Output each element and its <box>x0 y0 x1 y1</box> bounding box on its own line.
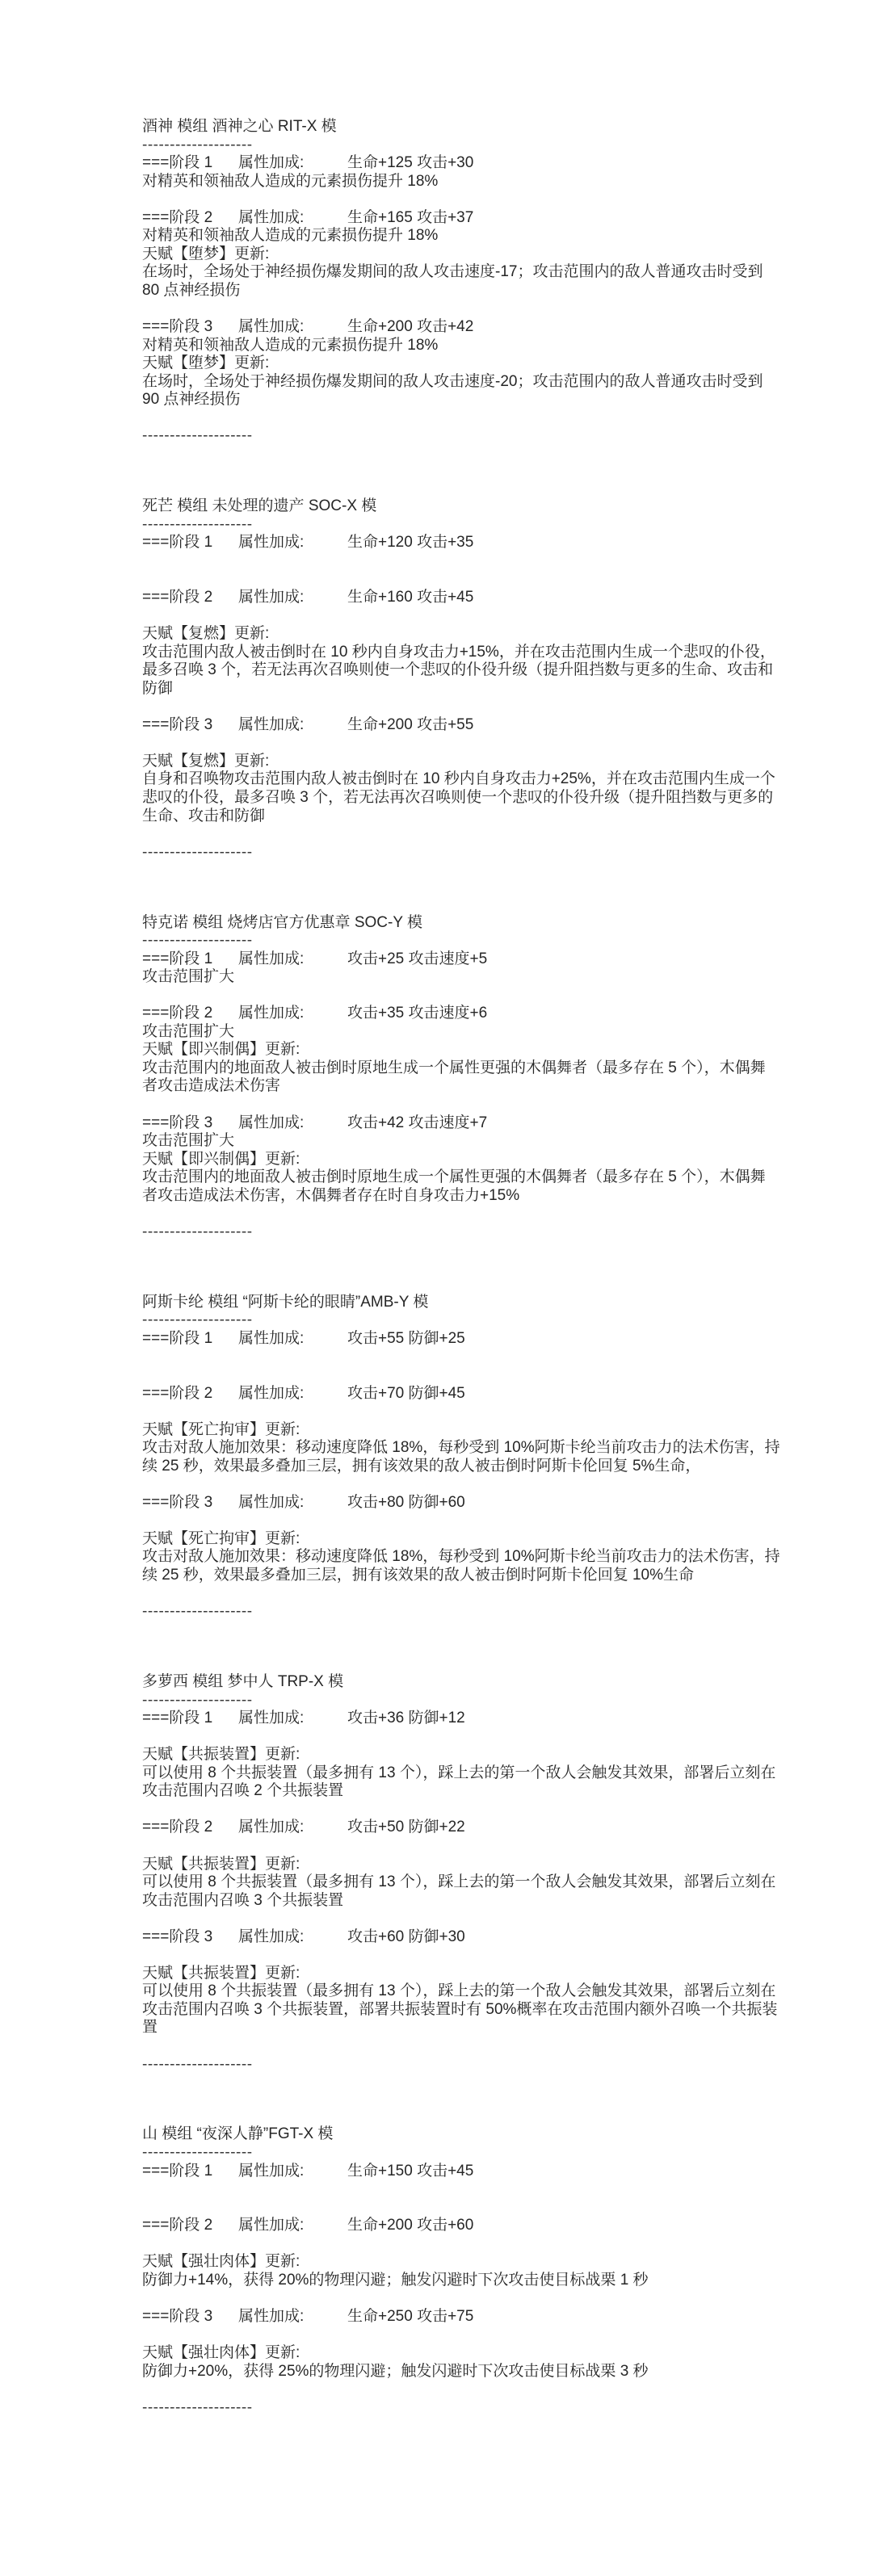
attr-bonus-label: 属性加成: <box>238 209 347 228</box>
blank-line <box>142 2326 780 2344</box>
blank-line <box>142 1585 780 1604</box>
attr-bonus-label: 属性加成: <box>238 1005 347 1023</box>
stage-label: ===阶段 2 <box>142 2217 238 2235</box>
attr-bonus-values: 攻击+42 攻击速度+7 <box>347 1114 487 1131</box>
talent-heading: 天赋【共振装置】更新: <box>142 1856 780 1874</box>
stage-label: ===阶段 3 <box>142 716 238 735</box>
attr-bonus-label: 属性加成: <box>238 950 347 969</box>
blank-line <box>142 1348 780 1366</box>
talent-heading: 天赋【复燃】更新: <box>142 625 780 644</box>
stage-label: ===阶段 1 <box>142 2163 238 2181</box>
separator-line: -------------------- <box>142 844 780 862</box>
stage-row: ===阶段 3属性加成:攻击+80 防御+60 <box>142 1494 780 1512</box>
text-line: 在场时，全场处于神经损伤爆发期间的敌人攻击速度-17；攻击范围内的敌人普通攻击时… <box>142 263 780 282</box>
attr-bonus-label: 属性加成: <box>238 1114 347 1133</box>
blank-line <box>142 2199 780 2217</box>
talent-heading: 天赋【堕梦】更新: <box>142 245 780 264</box>
talent-heading: 天赋【复燃】更新: <box>142 753 780 771</box>
separator-line: -------------------- <box>142 1223 780 1242</box>
text-line: 攻击范围内召唤 2 个共振装置 <box>142 1782 780 1801</box>
attr-bonus-label: 属性加成: <box>238 716 347 735</box>
text-line: 攻击范围内敌人被击倒时在 10 秒内自身攻击力+15%，并在攻击范围内生成一个悲… <box>142 644 780 662</box>
attr-bonus-label: 属性加成: <box>238 1330 347 1349</box>
stage-row: ===阶段 3属性加成:生命+200 攻击+55 <box>142 716 780 735</box>
text-line: 续 25 秒，效果最多叠加三层，拥有该效果的敌人被击倒时阿斯卡伦回复 5%生命， <box>142 1458 780 1476</box>
stage-row: ===阶段 3属性加成:生命+200 攻击+42 <box>142 318 780 337</box>
separator-line: -------------------- <box>142 2399 780 2418</box>
text-line: 悲叹的仆役，最多召唤 3 个，若无法再次召唤则使一个悲叹的仆役升级（提升阻挡数与… <box>142 789 780 808</box>
blank-line <box>142 1801 780 1819</box>
text-line: 生命、攻击和防御 <box>142 808 780 826</box>
blank-line <box>142 1512 780 1530</box>
stage-label: ===阶段 3 <box>142 1928 238 1947</box>
blank-line <box>142 1403 780 1421</box>
attr-bonus-values: 生命+165 攻击+37 <box>347 209 473 226</box>
blank-line <box>142 987 780 1005</box>
module-title: 阿斯卡纶 模组 “阿斯卡纶的眼睛”AMB-Y 模 <box>142 1294 780 1312</box>
attr-bonus-values: 生命+125 攻击+30 <box>347 154 473 171</box>
text-line: 自身和召唤物攻击范围内敌人被击倒时在 10 秒内自身攻击力+25%，并在攻击范围… <box>142 770 780 789</box>
attr-bonus-values: 攻击+50 防御+22 <box>347 1819 465 1836</box>
talent-heading: 天赋【堕梦】更新: <box>142 355 780 373</box>
stage-label: ===阶段 1 <box>142 1710 238 1728</box>
blank-line <box>142 1946 780 1965</box>
blank-line <box>142 1475 780 1494</box>
stage-row: ===阶段 1属性加成:攻击+25 攻击速度+5 <box>142 950 780 969</box>
separator-line: -------------------- <box>142 1311 780 1330</box>
stage-label: ===阶段 3 <box>142 318 238 337</box>
separator-line: -------------------- <box>142 2144 780 2163</box>
stage-row: ===阶段 2属性加成:攻击+50 防御+22 <box>142 1819 780 1837</box>
blank-line <box>142 409 780 428</box>
text-line: 可以使用 8 个共振装置（最多拥有 13 个），踩上去的第一个敌人会触发其效果，… <box>142 1764 780 1783</box>
stage-row: ===阶段 1属性加成:攻击+36 防御+12 <box>142 1710 780 1728</box>
attr-bonus-label: 属性加成: <box>238 1710 347 1728</box>
module-title: 山 模组 “夜深人静”FGT-X 模 <box>142 2125 780 2144</box>
text-line: 攻击范围扩大 <box>142 1023 780 1042</box>
attr-bonus-label: 属性加成: <box>238 2308 347 2326</box>
text-line: 者攻击造成法术伤害 <box>142 1077 780 1096</box>
stage-row: ===阶段 2属性加成:攻击+35 攻击速度+6 <box>142 1005 780 1023</box>
text-line: 置 <box>142 2019 780 2037</box>
talent-heading: 天赋【即兴制偶】更新: <box>142 1041 780 1059</box>
attr-bonus-label: 属性加成: <box>238 1385 347 1403</box>
text-line: 防御力+20%，获得 25%的物理闪避；触发闪避时下次攻击使目标战栗 3 秒 <box>142 2363 780 2381</box>
attr-bonus-values: 攻击+36 防御+12 <box>347 1710 465 1726</box>
stage-label: ===阶段 2 <box>142 589 238 607</box>
blank-line <box>142 552 780 571</box>
attr-bonus-values: 生命+200 攻击+60 <box>347 2217 473 2234</box>
text-line: 攻击范围内的地面敌人被击倒时原地生成一个属性更强的木偶舞者（最多存在 5 个），… <box>142 1168 780 1187</box>
blank-line <box>142 2235 780 2254</box>
text-line: 者攻击造成法术伤害，木偶舞者存在时自身攻击力+15% <box>142 1187 780 1206</box>
talent-heading: 天赋【死亡拘审】更新: <box>142 1530 780 1549</box>
stage-label: ===阶段 3 <box>142 1494 238 1512</box>
module-title: 酒神 模组 酒神之心 RIT-X 模 <box>142 118 780 136</box>
stage-label: ===阶段 2 <box>142 1005 238 1023</box>
stage-row: ===阶段 3属性加成:生命+250 攻击+75 <box>142 2308 780 2326</box>
text-line: 防御 <box>142 680 780 699</box>
text-line: 可以使用 8 个共振装置（最多拥有 13 个），踩上去的第一个敌人会触发其效果，… <box>142 1873 780 1892</box>
stage-label: ===阶段 3 <box>142 2308 238 2326</box>
blank-line <box>142 2180 780 2199</box>
separator-line: -------------------- <box>142 932 780 950</box>
stage-label: ===阶段 1 <box>142 950 238 969</box>
stage-row: ===阶段 2属性加成:生命+160 攻击+45 <box>142 589 780 607</box>
talent-heading: 天赋【强壮肉体】更新: <box>142 2253 780 2272</box>
separator-line: -------------------- <box>142 1692 780 1710</box>
text-line: 防御力+14%，获得 20%的物理闪避；触发闪避时下次攻击使目标战栗 1 秒 <box>142 2272 780 2290</box>
blank-line <box>142 607 780 626</box>
text-line: 90 点神经损伤 <box>142 391 780 409</box>
text-line: 攻击范围内的地面敌人被击倒时原地生成一个属性更强的木偶舞者（最多存在 5 个），… <box>142 1059 780 1078</box>
talent-heading: 天赋【强壮肉体】更新: <box>142 2344 780 2363</box>
stage-row: ===阶段 1属性加成:生命+125 攻击+30 <box>142 154 780 173</box>
attr-bonus-label: 属性加成: <box>238 318 347 337</box>
attr-bonus-values: 攻击+60 防御+30 <box>347 1928 465 1945</box>
text-line: 攻击范围内召唤 3 个共振装置，部署共振装置时有 50%概率在攻击范围内额外召唤… <box>142 2001 780 2020</box>
stage-label: ===阶段 2 <box>142 1385 238 1403</box>
separator-line: -------------------- <box>142 136 780 155</box>
attr-bonus-values: 攻击+80 防御+60 <box>347 1494 465 1511</box>
stage-row: ===阶段 1属性加成:生命+120 攻击+35 <box>142 534 780 552</box>
attr-bonus-values: 攻击+35 攻击速度+6 <box>347 1005 487 1022</box>
stage-row: ===阶段 2属性加成:攻击+70 防御+45 <box>142 1385 780 1403</box>
blank-line <box>142 1910 780 1928</box>
blank-line <box>142 1205 780 1223</box>
stage-label: ===阶段 2 <box>142 209 238 228</box>
module-section-shan: 山 模组 “夜深人静”FGT-X 模--------------------==… <box>142 2125 780 2417</box>
attr-bonus-values: 生命+120 攻击+35 <box>347 534 473 551</box>
text-line: 攻击范围内召唤 3 个共振装置 <box>142 1892 780 1911</box>
stage-row: ===阶段 2属性加成:生命+165 攻击+37 <box>142 209 780 228</box>
stage-row: ===阶段 1属性加成:攻击+55 防御+25 <box>142 1330 780 1349</box>
attr-bonus-label: 属性加成: <box>238 534 347 552</box>
attr-bonus-label: 属性加成: <box>238 154 347 173</box>
attr-bonus-values: 生命+250 攻击+75 <box>347 2308 473 2325</box>
attr-bonus-values: 生命+200 攻击+42 <box>347 318 473 335</box>
talent-heading: 天赋【共振装置】更新: <box>142 1965 780 1983</box>
stage-row: ===阶段 2属性加成:生命+200 攻击+60 <box>142 2217 780 2235</box>
attr-bonus-label: 属性加成: <box>238 1494 347 1512</box>
attr-bonus-values: 生命+150 攻击+45 <box>347 2163 473 2180</box>
blank-line <box>142 2381 780 2399</box>
module-section-simang: 死芒 模组 未处理的遗产 SOC-X 模--------------------… <box>142 497 780 862</box>
module-section-jiushen: 酒神 模组 酒神之心 RIT-X 模--------------------==… <box>142 118 780 446</box>
blank-line <box>142 1366 780 1385</box>
blank-line <box>142 1728 780 1747</box>
text-line: 在场时，全场处于神经损伤爆发期间的敌人攻击速度-20；攻击范围内的敌人普通攻击时… <box>142 373 780 392</box>
stage-label: ===阶段 1 <box>142 1330 238 1349</box>
text-line: 攻击范围扩大 <box>142 1132 780 1151</box>
attr-bonus-label: 属性加成: <box>238 2217 347 2235</box>
attr-bonus-label: 属性加成: <box>238 1928 347 1947</box>
module-section-asikalun: 阿斯卡纶 模组 “阿斯卡纶的眼睛”AMB-Y 模----------------… <box>142 1294 780 1622</box>
stage-row: ===阶段 3属性加成:攻击+42 攻击速度+7 <box>142 1114 780 1133</box>
text-line: 最多召唤 3 个，若无法再次召唤则使一个悲叹的仆役升级（提升阻挡数与更多的生命、… <box>142 661 780 680</box>
text-line: 对精英和领袖敌人造成的元素损伤提升 18% <box>142 173 780 191</box>
text-line: 对精英和领袖敌人造成的元素损伤提升 18% <box>142 227 780 245</box>
module-title: 特克诺 模组 烧烤店官方优惠章 SOC-Y 模 <box>142 914 780 933</box>
separator-line: -------------------- <box>142 427 780 446</box>
blank-line <box>142 191 780 209</box>
blank-line <box>142 1096 780 1114</box>
attr-bonus-values: 生命+200 攻击+55 <box>347 716 473 733</box>
blank-line <box>142 2289 780 2308</box>
module-title: 死芒 模组 未处理的遗产 SOC-X 模 <box>142 497 780 516</box>
attr-bonus-values: 攻击+55 防御+25 <box>347 1330 465 1347</box>
attr-bonus-values: 攻击+25 攻击速度+5 <box>347 950 487 967</box>
separator-line: -------------------- <box>142 1603 780 1622</box>
stage-label: ===阶段 1 <box>142 534 238 552</box>
blank-line <box>142 698 780 716</box>
talent-heading: 天赋【共振装置】更新: <box>142 1746 780 1764</box>
text-line: 对精英和领袖敌人造成的元素损伤提升 18% <box>142 337 780 355</box>
blank-line <box>142 300 780 318</box>
text-line: 80 点神经损伤 <box>142 282 780 300</box>
module-section-tekenuo: 特克诺 模组 烧烤店官方优惠章 SOC-Y 模-----------------… <box>142 914 780 1242</box>
text-line: 攻击范围扩大 <box>142 968 780 987</box>
attr-bonus-values: 攻击+70 防御+45 <box>347 1385 465 1402</box>
blank-line <box>142 2037 780 2056</box>
module-notes-document: 酒神 模组 酒神之心 RIT-X 模--------------------==… <box>142 118 780 2417</box>
module-section-duoluoxi: 多萝西 模组 梦中人 TRP-X 模--------------------==… <box>142 1673 780 2074</box>
text-line: 可以使用 8 个共振装置（最多拥有 13 个），踩上去的第一个敌人会触发其效果，… <box>142 1982 780 2001</box>
attr-bonus-label: 属性加成: <box>238 1819 347 1837</box>
separator-line: -------------------- <box>142 2056 780 2075</box>
attr-bonus-values: 生命+160 攻击+45 <box>347 589 473 606</box>
separator-line: -------------------- <box>142 516 780 535</box>
blank-line <box>142 734 780 753</box>
blank-line <box>142 825 780 844</box>
talent-heading: 天赋【即兴制偶】更新: <box>142 1151 780 1169</box>
module-title: 多萝西 模组 梦中人 TRP-X 模 <box>142 1673 780 1692</box>
text-line: 攻击对敌人施加效果：移动速度降低 18%，每秒受到 10%阿斯卡纶当前攻击力的法… <box>142 1439 780 1458</box>
attr-bonus-label: 属性加成: <box>238 2163 347 2181</box>
stage-row: ===阶段 3属性加成:攻击+60 防御+30 <box>142 1928 780 1947</box>
stage-row: ===阶段 1属性加成:生命+150 攻击+45 <box>142 2163 780 2181</box>
blank-line <box>142 1837 780 1856</box>
text-line: 攻击对敌人施加效果：移动速度降低 18%，每秒受到 10%阿斯卡纶当前攻击力的法… <box>142 1548 780 1567</box>
text-line: 续 25 秒，效果最多叠加三层，拥有该效果的敌人被击倒时阿斯卡伦回复 10%生命 <box>142 1567 780 1585</box>
stage-label: ===阶段 2 <box>142 1819 238 1837</box>
attr-bonus-label: 属性加成: <box>238 589 347 607</box>
talent-heading: 天赋【死亡拘审】更新: <box>142 1421 780 1440</box>
stage-label: ===阶段 3 <box>142 1114 238 1133</box>
blank-line <box>142 570 780 589</box>
stage-label: ===阶段 1 <box>142 154 238 173</box>
